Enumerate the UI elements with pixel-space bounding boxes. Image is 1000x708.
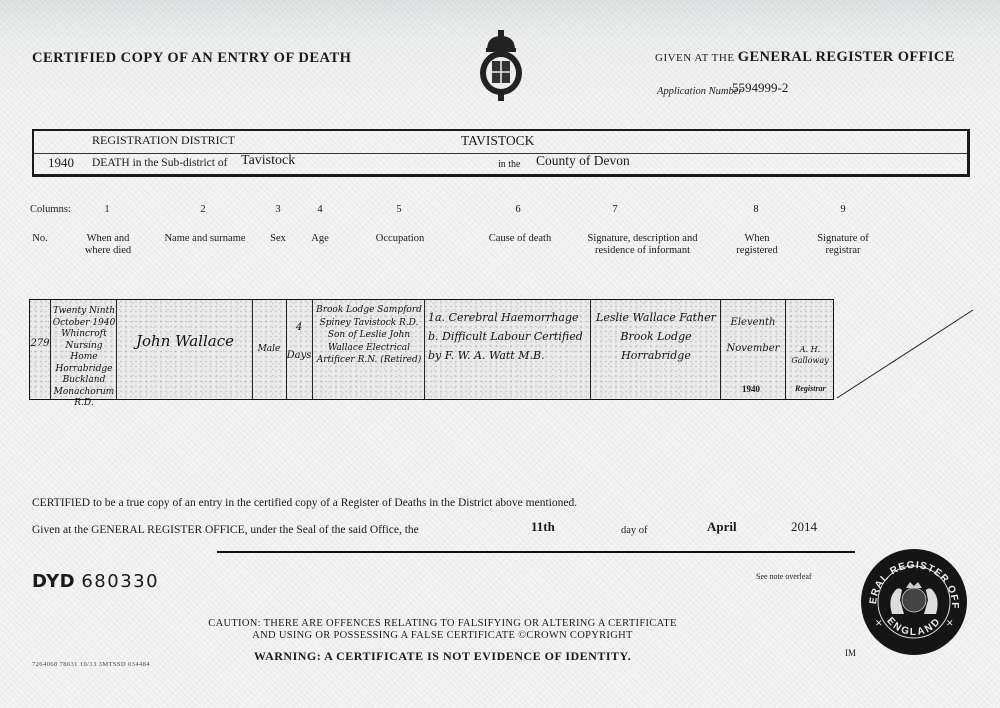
column-heading: Age bbox=[306, 233, 334, 245]
entry-registrar-label: Registrar bbox=[795, 384, 826, 393]
entry-registrar-signature: A. H. Galloway bbox=[787, 344, 833, 366]
column-number: 5 bbox=[384, 204, 414, 216]
issue-year: 2014 bbox=[791, 519, 817, 535]
identity-warning: WARNING: A CERTIFICATE IS NOT EVIDENCE O… bbox=[200, 649, 685, 664]
entry-name: John Wallace bbox=[130, 330, 240, 352]
column-heading: Cause of death bbox=[470, 233, 570, 245]
entry-occupation: Brook Lodge Sampford Spiney Tavistock R.… bbox=[314, 304, 424, 367]
application-number: 5594999-2 bbox=[732, 80, 788, 96]
column-heading: Signature, description and residence of … bbox=[580, 233, 705, 257]
caution-line-1: CAUTION: THERE ARE OFFENCES RELATING TO … bbox=[200, 618, 685, 630]
signature-rule bbox=[217, 551, 855, 553]
column-heading: Occupation bbox=[360, 233, 440, 245]
issue-day: 11th bbox=[531, 519, 555, 535]
column-number: 8 bbox=[741, 204, 771, 216]
general-register-office-seal-icon: GENERAL REGISTER OFFICE ENGLAND ✕ ✕ bbox=[860, 548, 968, 656]
serial-prefix: DYD bbox=[32, 571, 75, 592]
clerk-initials: IM bbox=[845, 648, 856, 658]
entry-when-registered: Eleventh November bbox=[722, 310, 784, 362]
columns-label: Columns: bbox=[30, 204, 71, 216]
county-value: County of Devon bbox=[536, 153, 630, 169]
svg-text:✕: ✕ bbox=[875, 618, 883, 628]
registration-district-value: TAVISTOCK bbox=[461, 133, 534, 149]
given-at-heading: GIVEN AT THE GENERAL REGISTER OFFICE bbox=[655, 49, 955, 66]
column-number: 4 bbox=[305, 204, 335, 216]
certification-statement: CERTIFIED to be a true copy of an entry … bbox=[32, 497, 577, 509]
application-number-label: Application Number bbox=[657, 86, 742, 97]
entry-when-where: Twenty Ninth October 1940 Whincroft Nurs… bbox=[52, 306, 116, 410]
caution-line-2: AND USING OR POSSESSING A FALSE CERTIFIC… bbox=[200, 630, 685, 642]
see-note-overleaf: See note overleaf bbox=[756, 572, 812, 581]
entry-cause: 1a. Cerebral Haemorrhage b. Difficult La… bbox=[428, 308, 588, 365]
svg-text:✕: ✕ bbox=[946, 618, 954, 628]
subdistrict-value: Tavistock bbox=[241, 153, 295, 169]
column-heading: When and where died bbox=[78, 233, 138, 257]
death-year: 1940 bbox=[48, 155, 74, 171]
column-number: 7 bbox=[600, 204, 630, 216]
subdistrict-label: DEATH in the Sub-district of bbox=[92, 157, 227, 169]
entry-age: 4 Days bbox=[286, 314, 312, 370]
day-of-label: day of bbox=[621, 525, 648, 536]
entry-informant: Leslie Wallace Father Brook Lodge Horrab… bbox=[592, 308, 720, 365]
column-number: 6 bbox=[503, 204, 533, 216]
print-codes: 7264068 78631 10/13 3MTSSD 034484 bbox=[32, 661, 150, 668]
column-number: 2 bbox=[188, 204, 218, 216]
column-heading: When registered bbox=[733, 233, 781, 257]
column-heading: Name and surname bbox=[155, 233, 255, 245]
entry-number: 279 bbox=[30, 338, 50, 349]
column-heading: Sex bbox=[265, 233, 291, 245]
document-title: CERTIFIED COPY OF AN ENTRY OF DEATH bbox=[32, 50, 351, 67]
column-heading: No. bbox=[28, 233, 52, 245]
column-heading: Signature of registrar bbox=[810, 233, 876, 257]
entry-registered-year: 1940 bbox=[742, 384, 760, 394]
column-number: 1 bbox=[92, 204, 122, 216]
cancellation-line bbox=[835, 308, 975, 400]
given-at-prefix: GIVEN AT THE bbox=[655, 52, 735, 64]
column-number: 9 bbox=[828, 204, 858, 216]
entry-sex: Male bbox=[252, 344, 286, 355]
register-entry: 279 Twenty Ninth October 1940 Whincroft … bbox=[29, 299, 834, 400]
county-prefix: in the bbox=[498, 159, 521, 170]
issue-month: April bbox=[707, 519, 737, 535]
certificate-serial: DYD 680330 bbox=[32, 571, 159, 592]
column-number: 3 bbox=[263, 204, 293, 216]
caution-notice: CAUTION: THERE ARE OFFENCES RELATING TO … bbox=[200, 618, 685, 642]
given-statement: Given at the GENERAL REGISTER OFFICE, un… bbox=[32, 524, 419, 536]
serial-number: 680330 bbox=[81, 571, 159, 592]
registration-district-label: REGISTRATION DISTRICT bbox=[92, 133, 235, 148]
royal-crest-icon bbox=[475, 28, 527, 102]
office-name: GENERAL REGISTER OFFICE bbox=[738, 49, 955, 65]
